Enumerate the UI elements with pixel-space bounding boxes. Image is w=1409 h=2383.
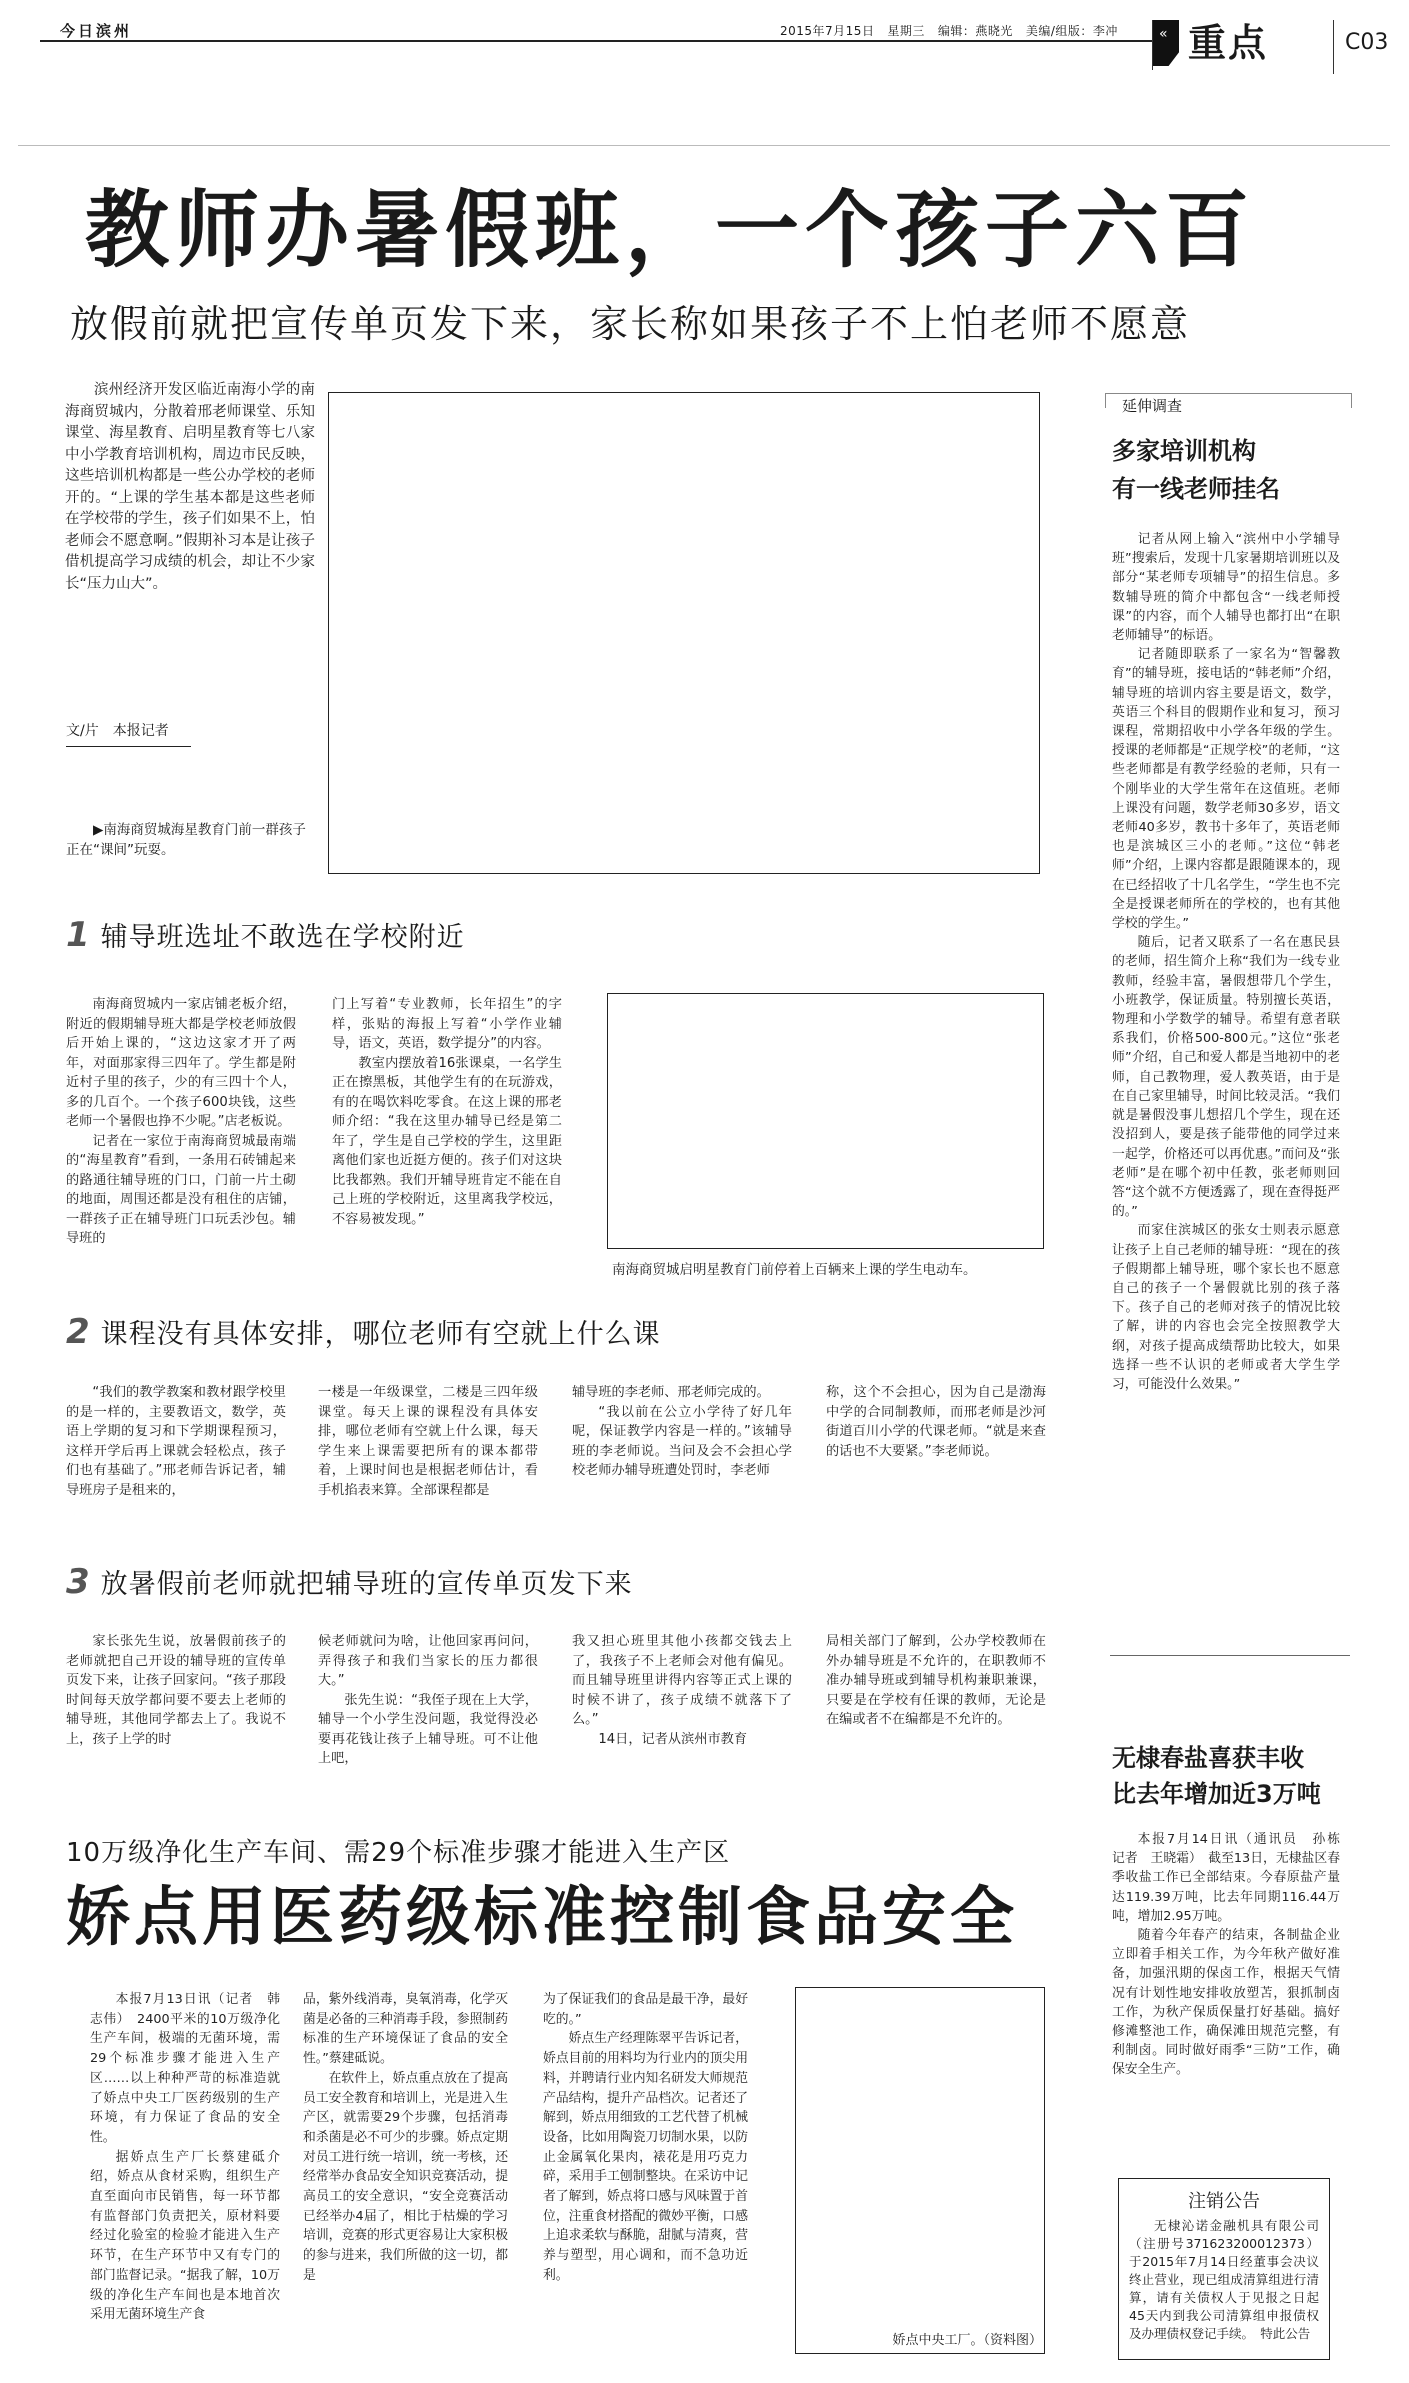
issue-date: 2015年7月15日: [780, 24, 874, 38]
sidebar-body: 记者从网上输入“滨州中小学辅导班”搜索后，发现十几家暑期培训班以及部分“某老师专…: [1112, 530, 1340, 1394]
section-1-heading: 1辅导班选址不敢选在学校附近: [66, 915, 465, 955]
sidebar-divider: [1110, 1655, 1350, 1656]
food-article-col-2: 品，紫外线消毒，臭氧消毒，化学灭菌是必备的三种消毒手段，参照制药标准的生产环境保…: [303, 1990, 508, 2286]
section-1-col-2: 门上写着“专业教师，长年招生”的字样，张贴的海报上写着“小学作业辅导，语文，英语…: [332, 995, 562, 1229]
designer-credit: 美编/组版：李冲: [1026, 24, 1118, 38]
section-divider: [1333, 20, 1334, 74]
food-article-col-1: 本报7月13日讯（记者 韩志伟） 2400平米的10万级净化生产车间，极端的无菌…: [90, 1990, 280, 2325]
section-3-col-2: 候老师就问为啥，让他回家再问问，弄得孩子和我们当家长的压力都很大。” 张先生说：…: [318, 1632, 538, 1769]
salt-article-title: 无棣春盐喜获丰收 比去年增加近3万吨: [1112, 1740, 1321, 1812]
issue-weekday: 星期三: [887, 24, 925, 38]
salt-article-body: 本报7月14日讯（通讯员 孙栋 记者 王晓霜） 截至13日，无棣盐区春季收盐工作…: [1112, 1830, 1340, 2080]
food-article-kicker: 10万级净化生产车间、需29个标准步骤才能进入生产区: [66, 1832, 730, 1869]
byline: 文/片 本报记者: [66, 720, 191, 747]
notice-body: 无棣沁诺金融机具有限公司（注册号371623200012373）于2015年7月…: [1129, 2217, 1319, 2343]
section-2-col-2: 一楼是一年级课堂，二楼是三四年级课堂。每天上课的课程没有具体安排，哪位老师有空就…: [318, 1383, 538, 1500]
masthead-rule: [40, 40, 1170, 42]
section-2-col-1: “我们的教学教案和教材跟学校里的是一样的，主要教语文，数学，英语上学期的复习和下…: [66, 1383, 286, 1500]
section-2-col-3: 辅导班的李老师、邢老师完成的。 “我以前在公立小学待了好几年呢，保证教学内容是一…: [572, 1383, 792, 1481]
section-3-col-4: 局相关部门了解到，公办学校教师在外办辅导班是不允许的，在职教师不准办辅导班或到辅…: [826, 1632, 1046, 1730]
lead-subheadline: 放假前就把宣传单页发下来，家长称如果孩子不上怕老师不愿意: [70, 293, 1190, 348]
deregistration-notice: 注销公告 无棣沁诺金融机具有限公司（注册号371623200012373）于20…: [1118, 2178, 1330, 2360]
editor-credit: 编辑：燕晓光: [938, 24, 1013, 38]
section-2-heading: 2课程没有具体安排，哪位老师有空就上什么课: [66, 1312, 661, 1352]
section-1-photo-caption: 南海商贸城启明星教育门前停着上百辆来上课的学生电动车。: [612, 1260, 1052, 1280]
paper-name: 今日滨州: [60, 20, 132, 41]
lead-photo: [328, 392, 1040, 874]
section-3-col-1: 家长张先生说，放暑假前孩子的老师就把自己开设的辅导班的宣传单页发下来，让孩子回家…: [66, 1632, 286, 1749]
page-number: C03: [1345, 30, 1388, 55]
section-name: 重点: [1188, 12, 1268, 67]
issue-meta: 2015年7月15日 星期三 编辑：燕晓光 美编/组版：李冲: [780, 22, 1118, 39]
photo1-caption: ▶南海商贸城海星教育门前一群孩子正在“课间”玩耍。: [66, 820, 316, 860]
sidebar-title: 多家培训机构 有一线老师挂名: [1112, 432, 1280, 508]
top-rule: [18, 145, 1390, 146]
double-chevron-left-icon: «: [1153, 20, 1179, 66]
food-article-title: 娇点用医药级标准控制食品安全: [66, 1878, 1018, 1958]
sidebar-label: 延伸调查: [1118, 395, 1192, 416]
section-1-col-1: 南海商贸城内一家店铺老板介绍，附近的假期辅导班大都是学校老师放假后开始上课的，“…: [66, 995, 296, 1249]
section-1-photo: [607, 993, 1044, 1249]
lead-intro: 滨州经济开发区临近南海小学的南海商贸城内，分散着邢老师课堂、乐知课堂、海星教育、…: [65, 380, 315, 595]
food-article-col-3: 为了保证我们的食品是最干净，最好吃的。” 娇点生产经理陈翠平告诉记者，娇点目前的…: [543, 1990, 748, 2286]
lead-headline: 教师办暑假班，一个孩子六百: [85, 180, 1255, 280]
section-2-col-4: 称，这个不会担心，因为自己是渤海中学的合同制教师，而邢老师是沙河街道百川小学的代…: [826, 1383, 1046, 1461]
section-3-heading: 3放暑假前老师就把辅导班的宣传单页发下来: [66, 1562, 633, 1602]
food-article-photo-caption: 娇点中央工厂。（资料图）: [892, 2331, 1042, 2351]
section-3-col-3: 我又担心班里其他小孩都交钱去上了，我孩子不上老师会对他有偏见。而且辅导班里讲得内…: [572, 1632, 792, 1749]
notice-title: 注销公告: [1119, 2187, 1329, 2213]
food-article-photo: 娇点中央工厂。（资料图）: [795, 1987, 1045, 2354]
